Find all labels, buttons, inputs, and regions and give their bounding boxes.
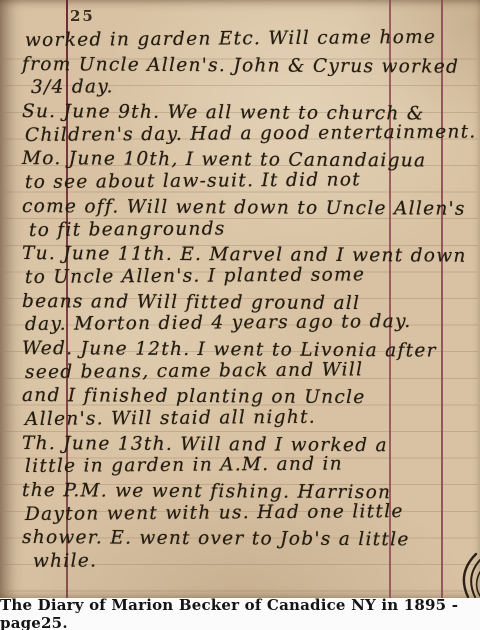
ledger-paper: 25 worked in garden Etc. Will came home … (0, 0, 480, 598)
caption-bar: The Diary of Marion Becker of Canadice N… (0, 598, 480, 630)
diary-line: to fit beangrounds (25, 215, 477, 242)
page-curl-mark (446, 552, 480, 598)
page-number: 25 (70, 7, 95, 25)
diary-line: Allen's. Will staid all night. (25, 404, 477, 431)
diary-line: to see about law-suit. It did not (25, 168, 477, 195)
diary-line: to Uncle Allen's. I planted some (25, 262, 477, 289)
diary-line: Children's day. Had a good entertainment… (25, 120, 477, 147)
diary-line: 3/4 day. (25, 73, 477, 100)
handwriting-block: worked in garden Etc. Will came home fro… (25, 29, 477, 574)
diary-page-scan: 25 worked in garden Etc. Will came home … (0, 0, 480, 630)
diary-line: seed beans, came back and Will (25, 357, 477, 384)
diary-line: day. Morton died 4 years ago to day. (25, 310, 477, 337)
diary-line: Dayton went with us. Had one little (25, 499, 477, 526)
diary-line: worked in garden Etc. Will came home (25, 25, 477, 52)
diary-line: while. (25, 547, 477, 574)
diary-line: little in garden in A.M. and in (25, 452, 477, 479)
caption-text: The Diary of Marion Becker of Canadice N… (0, 596, 480, 630)
